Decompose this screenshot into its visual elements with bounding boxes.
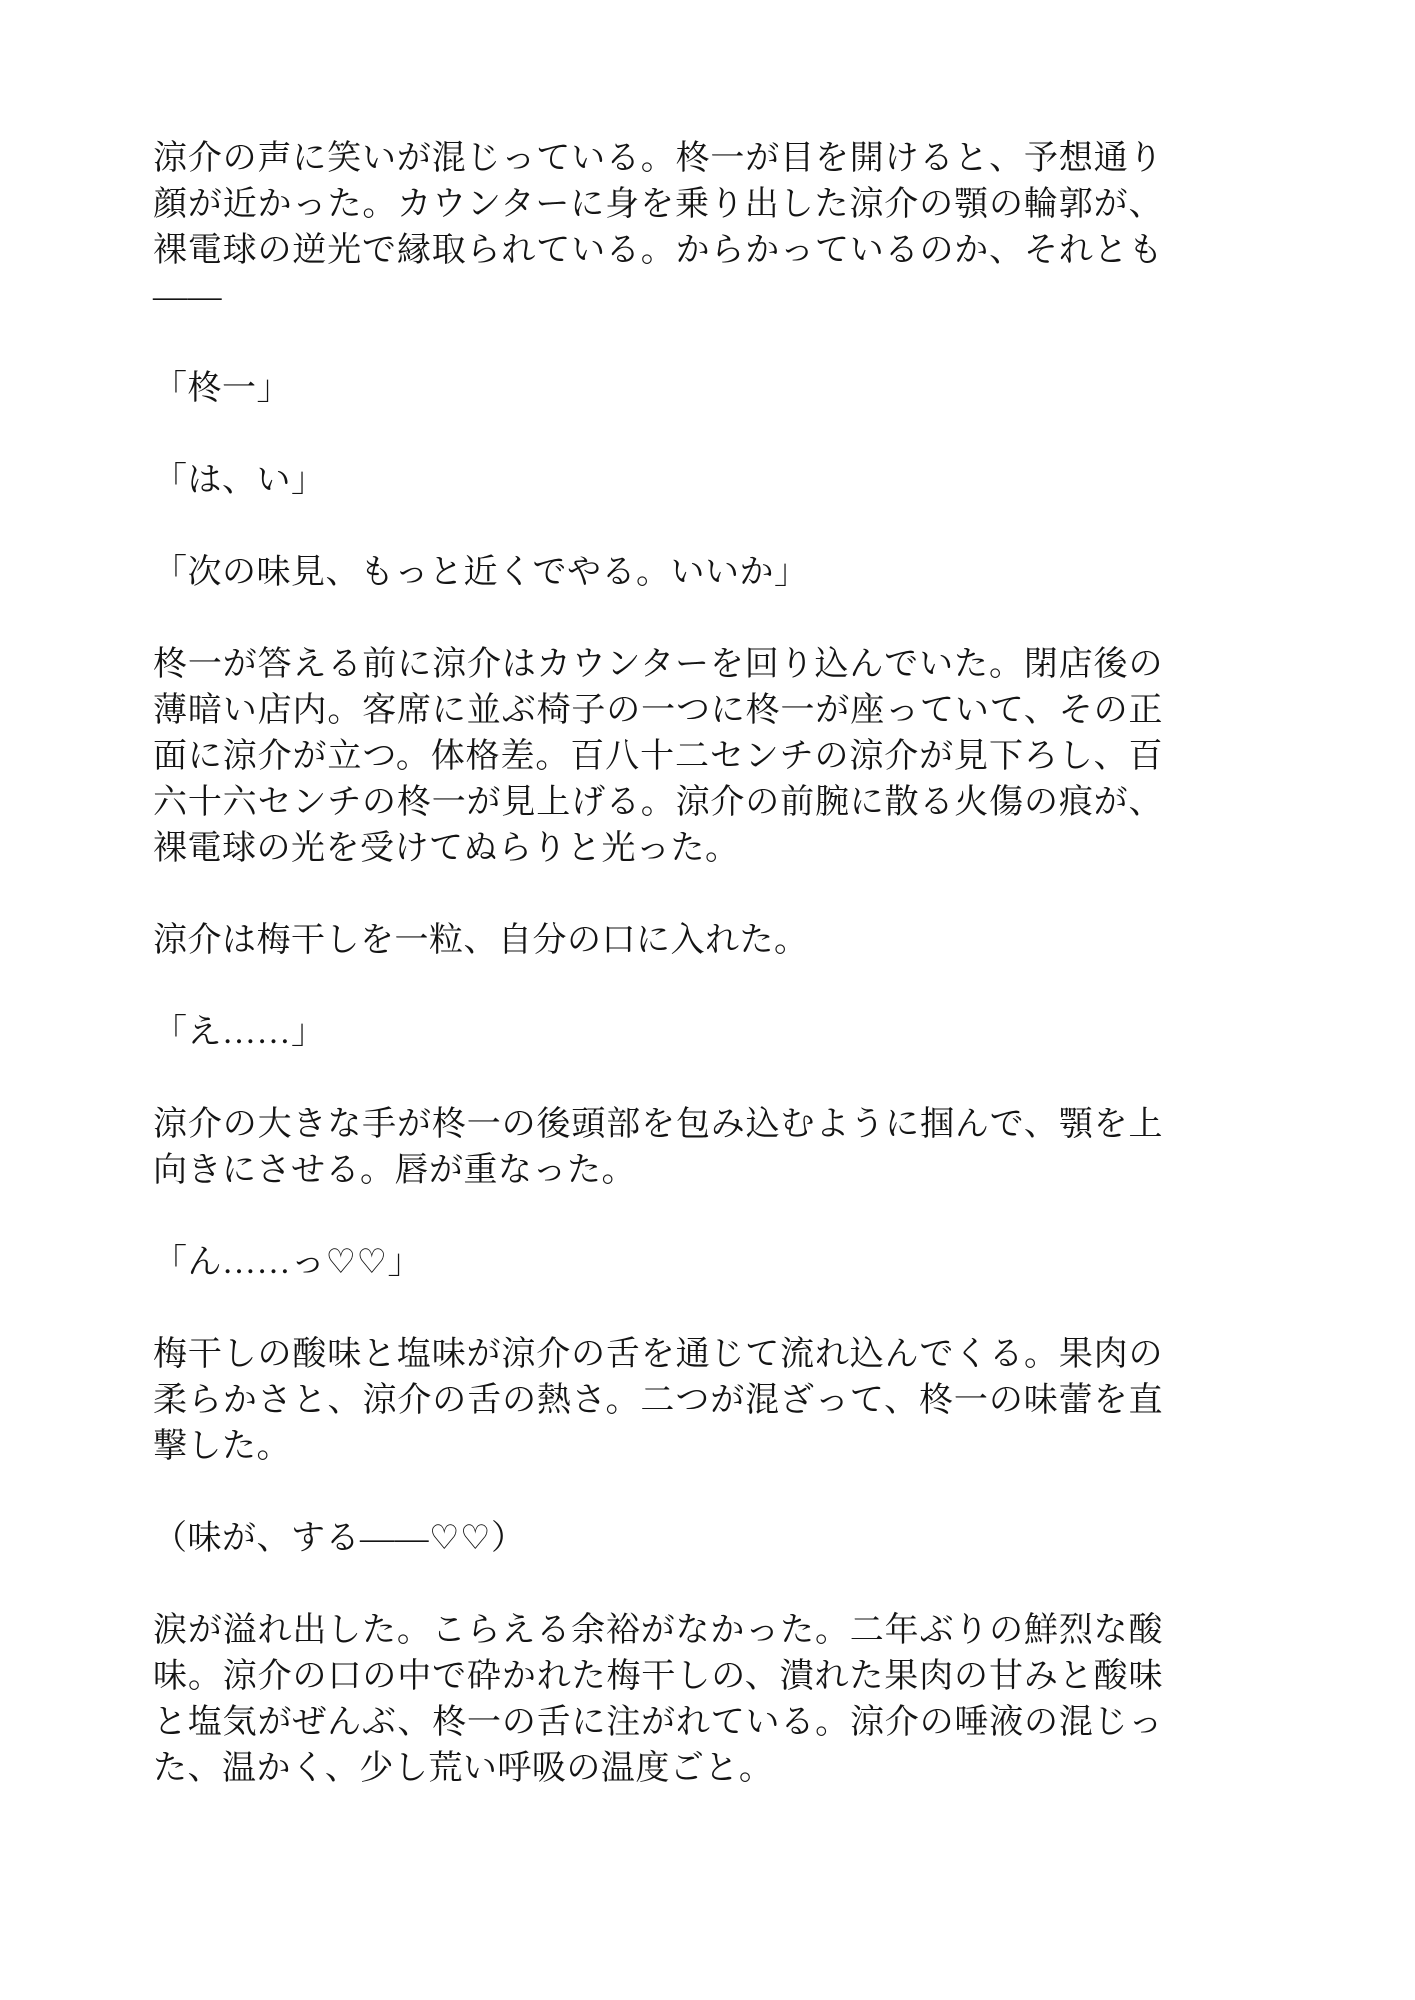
narrative-paragraph: 涼介の大きな手が柊一の後頭部を包み込むように掴んで、顎を上向きにさせる。唇が重な… — [153, 1102, 1163, 1194]
dialogue-line: 「は、い」 — [153, 458, 1163, 504]
narrative-paragraph: 涼介は梅干しを一粒、自分の口に入れた。 — [153, 918, 1163, 964]
dialogue-line: 「ん……っ♡♡」 — [153, 1240, 1163, 1286]
thought-line: （味が、する――♡♡） — [153, 1516, 1163, 1562]
dialogue-line: 「次の味見、もっと近くでやる。いいか」 — [153, 550, 1163, 596]
narrative-paragraph: 柊一が答える前に涼介はカウンターを回り込んでいた。閉店後の薄暗い店内。客席に並ぶ… — [153, 642, 1163, 872]
text-column: 涼介の声に笑いが混じっている。柊一が目を開けると、予想通り顔が近かった。カウンタ… — [153, 136, 1163, 1792]
narrative-paragraph: 涙が溢れ出した。こらえる余裕がなかった。二年ぶりの鮮烈な酸味。涼介の口の中で砕か… — [153, 1608, 1163, 1792]
narrative-paragraph: 梅干しの酸味と塩味が涼介の舌を通じて流れ込んでくる。果肉の柔らかさと、涼介の舌の… — [153, 1332, 1163, 1470]
dialogue-line: 「柊一」 — [153, 366, 1163, 412]
narrative-paragraph: 涼介の声に笑いが混じっている。柊一が目を開けると、予想通り顔が近かった。カウンタ… — [153, 136, 1163, 320]
dialogue-line: 「え……」 — [153, 1010, 1163, 1056]
document-page: 涼介の声に笑いが混じっている。柊一が目を開けると、予想通り顔が近かった。カウンタ… — [0, 0, 1415, 2000]
